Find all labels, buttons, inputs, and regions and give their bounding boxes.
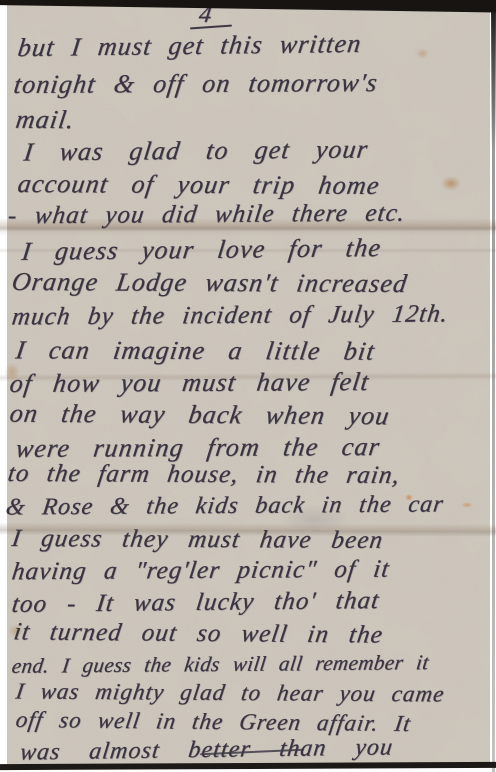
page-number-underline: [190, 25, 232, 30]
letter-line: end. I guess the kids will all remember …: [10, 650, 430, 679]
letter-line: tonight & off on tomorrow's: [12, 68, 380, 100]
letter-line: I was glad to get your: [22, 134, 370, 167]
letter-line: having a "reg'ler picnic" of it: [10, 556, 391, 587]
letter-line: it turned out so well in the: [12, 618, 385, 649]
letter-line: too - It was lucky tho' that: [10, 587, 381, 619]
letter-line: I guess they must have been: [10, 525, 385, 555]
letter-line: were running from the car: [14, 432, 382, 464]
handwriting-layer: 4 but I must get this written tonight & …: [0, 0, 496, 772]
letter-line: I guess your love for the: [20, 233, 383, 267]
letter-line: I can imagine a little bit: [14, 335, 377, 366]
letter-line: & Rose & the kids back in the car: [4, 491, 445, 521]
letter-line: to the farm house, in the rain,: [6, 460, 402, 490]
scanned-letter-page: 4 but I must get this written tonight & …: [0, 0, 496, 772]
letter-line: much by the incident of July 12th.: [10, 300, 450, 331]
letter-line: on the way back when you: [8, 399, 392, 432]
scan-edge-right-black: [491, 0, 496, 150]
letter-line: of how you must have felt: [8, 367, 371, 399]
letter-line: I was mighty glad to hear you came: [14, 679, 446, 708]
letter-line: Orange Lodge wasn't increased: [10, 267, 410, 299]
letter-line: off so well in the Green affair. It: [14, 707, 413, 737]
letter-line: - what you did while there etc.: [6, 200, 407, 231]
letter-line: but I must get this written: [16, 29, 363, 63]
letter-line: account of your trip home: [16, 169, 382, 201]
letter-line: mail.: [14, 105, 77, 135]
